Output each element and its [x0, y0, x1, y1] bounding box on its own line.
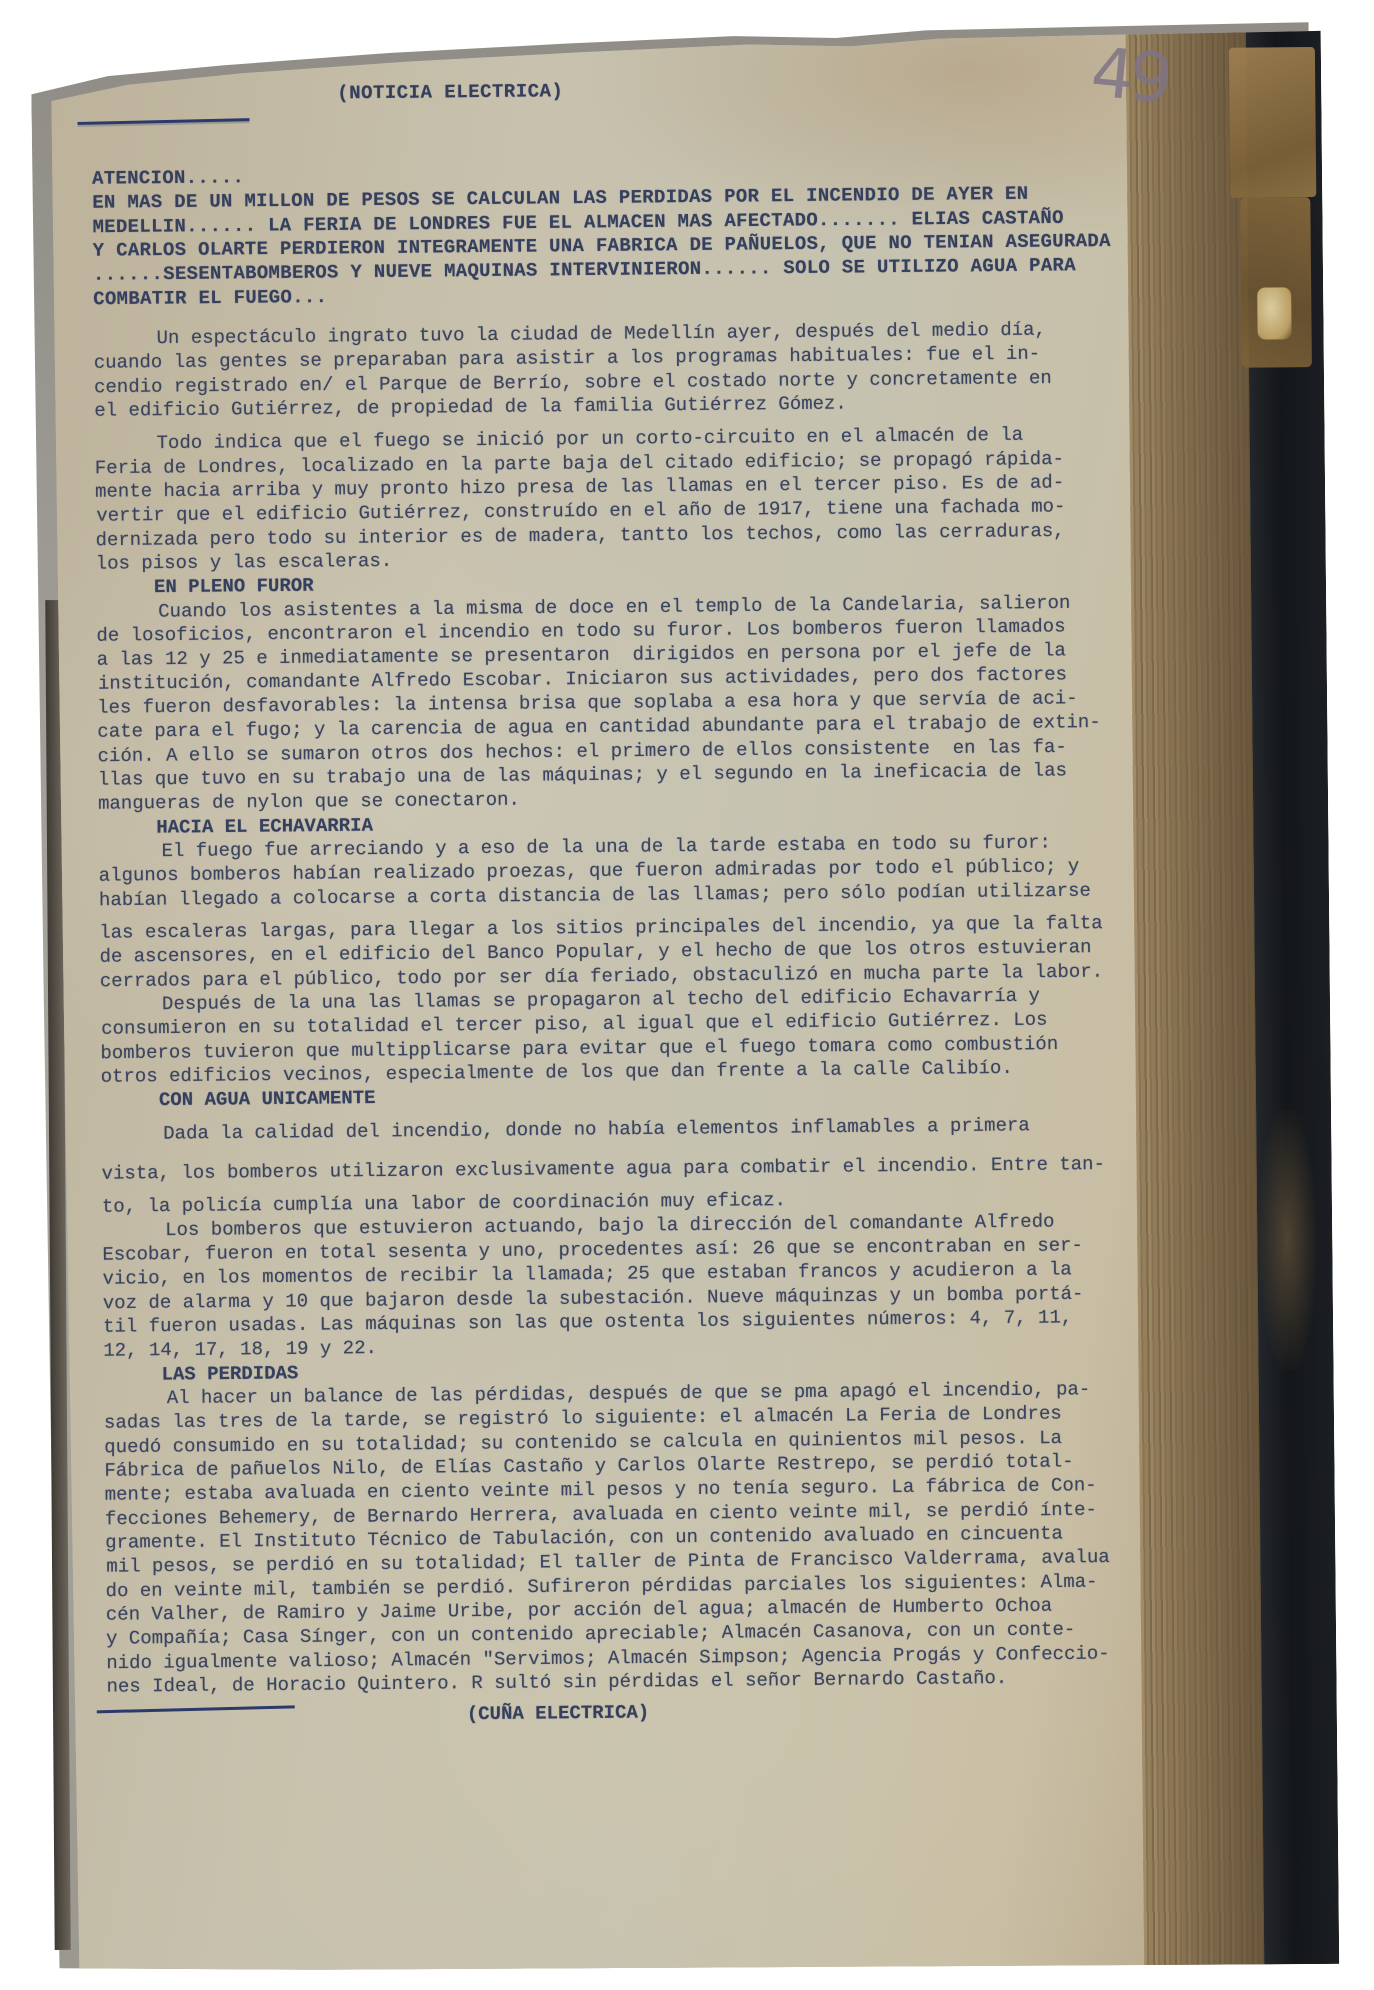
tape-glint	[1257, 287, 1291, 339]
tape-fragment-middle	[1240, 197, 1312, 368]
scan-canvas: { "page": { "page_number": "49", "title"…	[0, 0, 1374, 1990]
tape-fragment-top	[1229, 47, 1316, 198]
text-line: Dada la calidad del incendio, donde no h…	[101, 1112, 1131, 1146]
footer-label: (CUÑA ELECTRICA)	[107, 1696, 1137, 1730]
ink-rule-top	[78, 118, 250, 125]
document-scan-page: 49 (NOTICIA ELECTRICA) ATENCION.....EN M…	[51, 29, 1340, 1976]
binding-smudge	[1257, 1109, 1317, 1370]
text-line: vista, los bomberos utilizaron exclusiva…	[102, 1152, 1132, 1186]
page-title: (NOTICIA ELECTRICA)	[337, 80, 563, 104]
text-lines: ATENCION.....EN MAS DE UN MILLON DE PESO…	[92, 157, 1137, 1730]
page-number-handwritten: 49	[1088, 33, 1172, 119]
